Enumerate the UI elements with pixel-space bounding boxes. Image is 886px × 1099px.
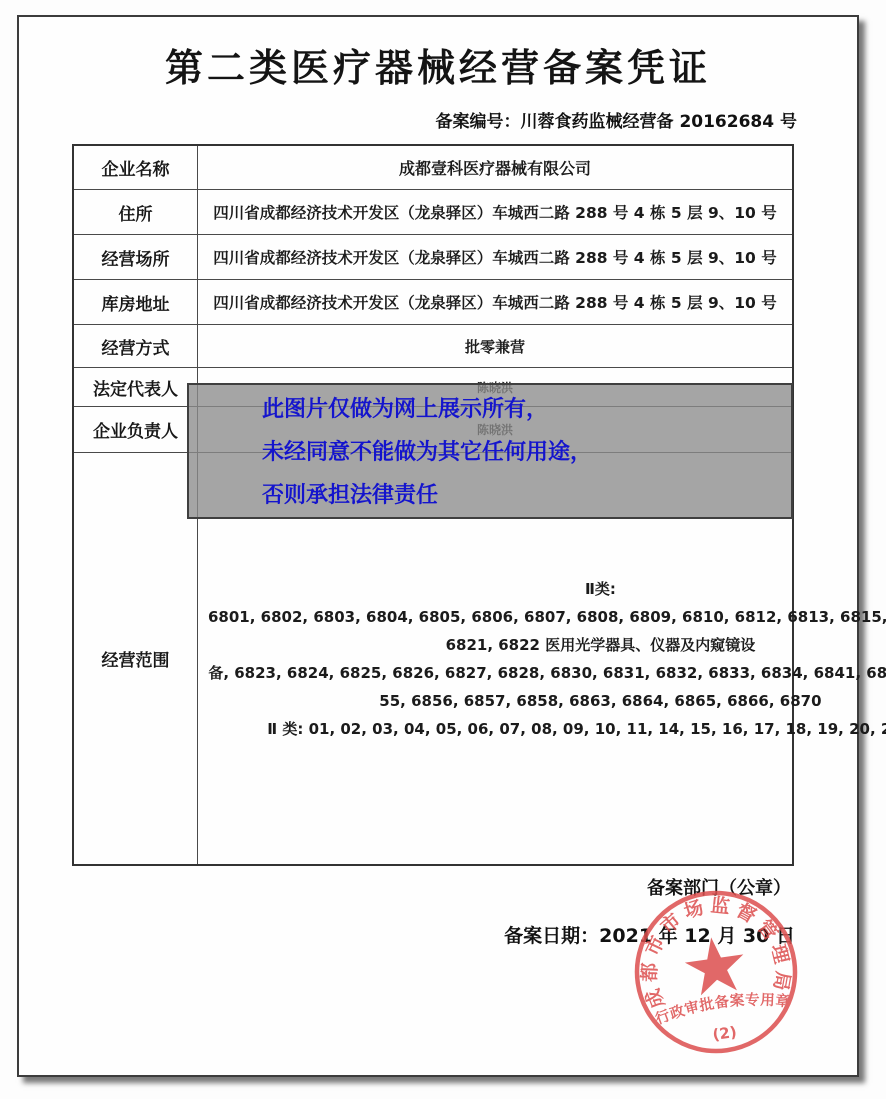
row-label-warehouse-address: 库房地址	[74, 280, 198, 324]
scope-line: 6821, 6822 医用光学器具、仪器及内窥镜设	[446, 631, 756, 659]
row-value-warehouse-address: 四川省成都经济技术开发区（龙泉驿区）车城西二路 288 号 4 栋 5 层 9、…	[198, 280, 792, 324]
row-label-company-name: 企业名称	[74, 146, 198, 189]
watermark-overlay: 此图片仅做为网上展示所有， 未经同意不能做为其它任何用途， 否则承担法律责任	[187, 383, 793, 519]
table-row: 经营场所 四川省成都经济技术开发区（龙泉驿区）车城西二路 288 号 4 栋 5…	[74, 235, 792, 280]
scope-line: 55, 6856, 6857, 6858, 6863, 6864, 6865, …	[379, 687, 821, 715]
watermark-text-line: 否则承担法律责任	[262, 478, 438, 509]
filing-number: 备案编号：川蓉食药监械经营备 20162684 号	[436, 107, 797, 132]
scope-line: Ⅱ 类: 01, 02, 03, 04, 05, 06, 07, 08, 09,…	[267, 715, 886, 743]
row-value-residence: 四川省成都经济技术开发区（龙泉驿区）车城西二路 288 号 4 栋 5 层 9、…	[198, 190, 792, 234]
row-label-business-mode: 经营方式	[74, 325, 198, 367]
star-icon	[682, 933, 748, 997]
row-value-business-mode: 批零兼营	[198, 325, 792, 367]
row-label-business-scope: 经营范围	[74, 453, 198, 864]
row-label-legal-representative: 法定代表人	[74, 368, 198, 406]
row-label-residence: 住所	[74, 190, 198, 234]
row-value-business-premises: 四川省成都经济技术开发区（龙泉驿区）车城西二路 288 号 4 栋 5 层 9、…	[198, 235, 792, 279]
stamp-number-text: (2)	[711, 1023, 737, 1044]
table-row: 住所 四川省成都经济技术开发区（龙泉驿区）车城西二路 288 号 4 栋 5 层…	[74, 190, 792, 235]
row-label-company-principal: 企业负责人	[74, 407, 198, 452]
certificate-page: 第二类医疗器械经营备案凭证 备案编号：川蓉食药监械经营备 20162684 号 …	[17, 15, 859, 1077]
table-row: 库房地址 四川省成都经济技术开发区（龙泉驿区）车城西二路 288 号 4 栋 5…	[74, 280, 792, 325]
scope-line: Ⅱ类:	[585, 575, 616, 603]
official-red-stamp: 成都市市场监督管理局 行政审批备案专用章 (2)	[601, 857, 831, 1087]
row-label-business-premises: 经营场所	[74, 235, 198, 279]
table-row: 经营方式 批零兼营	[74, 325, 792, 368]
row-value-company-name: 成都壹科医疗器械有限公司	[198, 146, 792, 189]
scanned-certificate-screen: 第二类医疗器械经营备案凭证 备案编号：川蓉食药监械经营备 20162684 号 …	[0, 0, 886, 1099]
table-row: 企业名称 成都壹科医疗器械有限公司	[74, 146, 792, 190]
scope-line: 备, 6823, 6824, 6825, 6826, 6827, 6828, 6…	[208, 659, 886, 687]
watermark-text-line: 此图片仅做为网上展示所有，	[262, 392, 548, 423]
page-title: 第二类医疗器械经营备案凭证	[19, 37, 857, 92]
scope-line: 6801, 6802, 6803, 6804, 6805, 6806, 6807…	[208, 603, 886, 631]
watermark-text-line: 未经同意不能做为其它任何用途，	[262, 435, 592, 466]
